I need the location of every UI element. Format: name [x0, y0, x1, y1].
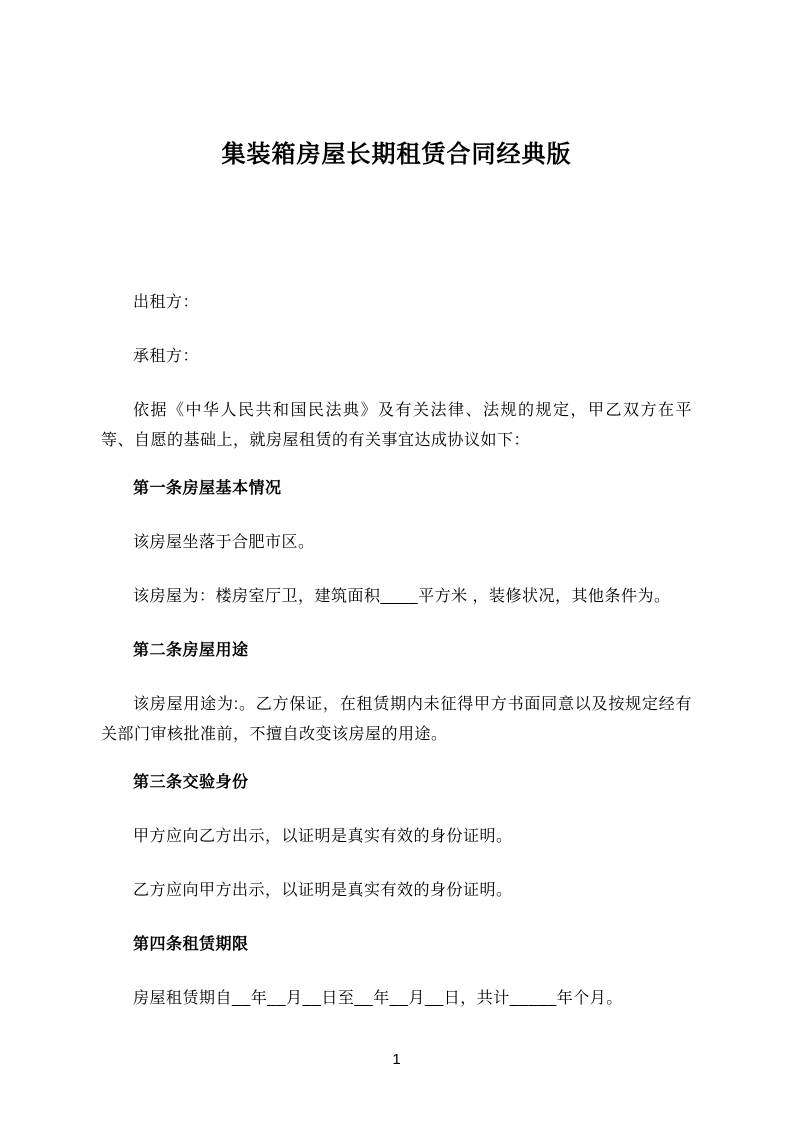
- document-body: 出租方： 承租方： 依据《中华人民共和国民法典》及有关法律、法规的规定，甲乙双方…: [0, 288, 793, 1014]
- party-b-identity-paragraph: 乙方应向甲方出示，以证明是真实有效的身份证明。: [101, 876, 692, 906]
- article-2-heading: 第二条房屋用途: [101, 636, 692, 666]
- document-title: 集装箱房屋长期租赁合同经典版: [101, 0, 692, 170]
- lessor-line: 出租方：: [101, 288, 692, 318]
- house-usage-paragraph: 该房屋用途为:。乙方保证，在租赁期内未征得甲方书面同意以及按规定经有关部门审核批…: [101, 690, 692, 750]
- party-a-identity-paragraph: 甲方应向乙方出示，以证明是真实有效的身份证明。: [101, 822, 692, 852]
- contract-document-page: 集装箱房屋长期租赁合同经典版 出租方： 承租方： 依据《中华人民共和国民法典》及…: [0, 0, 793, 1122]
- house-description-paragraph: 该房屋为：楼房室厅卫，建筑面积____平方米 ，装修状况，其他条件为。: [101, 582, 692, 612]
- article-1-heading: 第一条房屋基本情况: [101, 474, 692, 504]
- lessee-line: 承租方：: [101, 342, 692, 372]
- article-3-heading: 第三条交验身份: [101, 768, 692, 798]
- preamble-paragraph: 依据《中华人民共和国民法典》及有关法律、法规的规定，甲乙双方在平等、自愿的基础上…: [101, 396, 692, 456]
- article-4-heading: 第四条租赁期限: [101, 930, 692, 960]
- house-location-paragraph: 该房屋坐落于合肥市区。: [101, 528, 692, 558]
- page-number: 1: [0, 1050, 793, 1070]
- lease-term-paragraph: 房屋租赁期自__年__月__日至__年__月__日，共计_____年个月。: [101, 984, 692, 1014]
